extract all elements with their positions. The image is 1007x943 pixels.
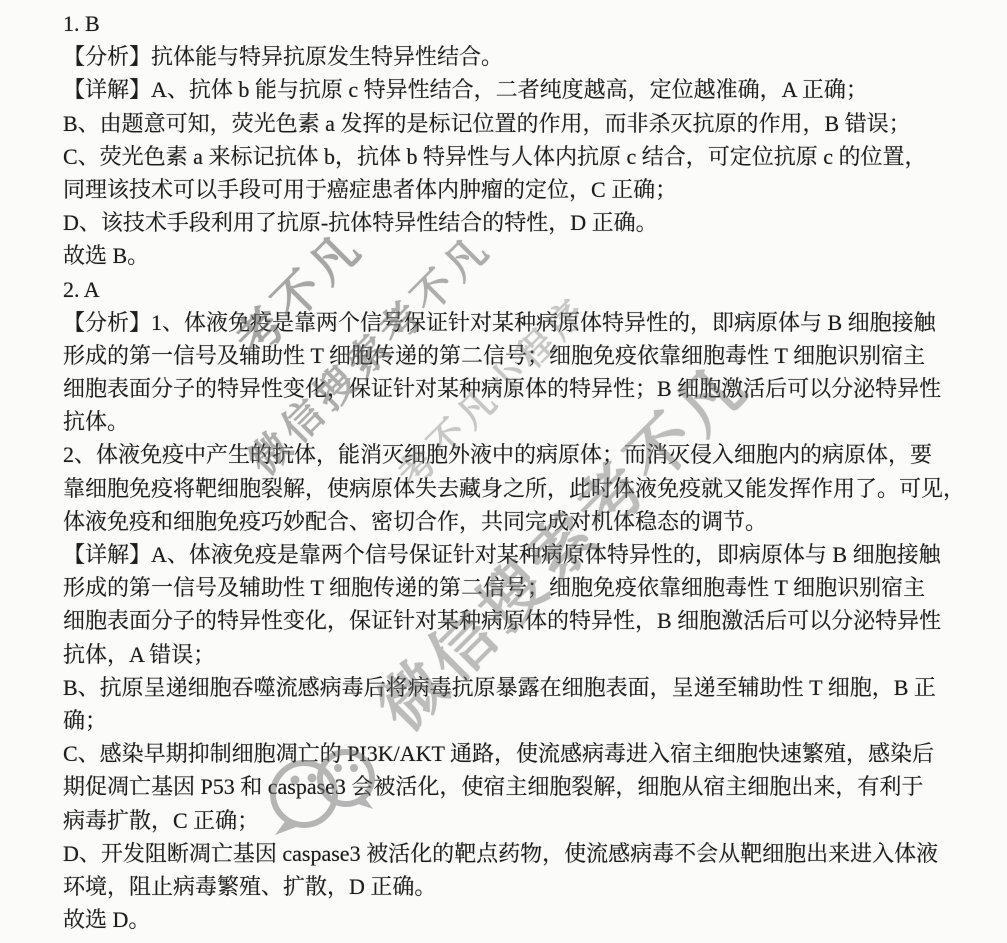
text-line-2: 【分析】抗体能与特异抗原发生特异性结合。 xyxy=(63,40,958,73)
text-line-3: 【详解】A、抗体 b 能与抗原 c 特异性结合，二者纯度越高，定位越准确，A 正… xyxy=(63,73,958,106)
text-line-16: 体液免疫和细胞免疫巧妙配合、密切合作，共同完成对机体稳态的调节。 xyxy=(63,505,958,538)
text-line-1: 1. B xyxy=(63,7,958,40)
text-line-17: 【详解】A、体液免疫是靠两个信号保证针对某种病原体特异性的，即病原体与 B 细胞… xyxy=(63,538,958,571)
text-line-21: B、抗原呈递细胞吞噬流感病毒后将病毒抗原暴露在细胞表面，呈递至辅助性 T 细胞，… xyxy=(63,671,958,704)
text-line-20: 抗体，A 错误； xyxy=(63,638,958,671)
text-line-22: 确； xyxy=(63,704,958,737)
scanned-answer-sheet-page: 1. B【分析】抗体能与特异抗原发生特异性结合。【详解】A、抗体 b 能与抗原 … xyxy=(0,0,1007,943)
text-line-15: 靠细胞免疫将靶细胞裂解，使病原体失去藏身之所，此时体液免疫就又能发挥作用了。可见… xyxy=(63,472,958,505)
text-line-19: 细胞表面分子的特异性变化，保证针对某种病原体的特异性，B 细胞激活后可以分泌特异… xyxy=(63,604,958,637)
text-line-8: 故选 B。 xyxy=(63,239,958,272)
text-line-5: C、荧光色素 a 来标记抗体 b，抗体 b 特异性与人体内抗原 c 结合，可定位… xyxy=(63,140,958,173)
text-line-26: D、开发阻断凋亡基因 caspase3 被活化的靶点药物，使流感病毒不会从靶细胞… xyxy=(63,837,958,870)
text-line-28: 故选 D。 xyxy=(63,903,958,936)
answer-explanation-text: 1. B【分析】抗体能与特异抗原发生特异性结合。【详解】A、抗体 b 能与抗原 … xyxy=(63,7,958,936)
text-line-7: D、该技术手段利用了抗原-抗体特异性结合的特性，D 正确。 xyxy=(63,206,958,239)
text-line-12: 细胞表面分子的特异性变化，保证针对某种病原体的特异性；B 细胞激活后可以分泌特异… xyxy=(63,372,958,405)
text-line-18: 形成的第一信号及辅助性 T 细胞传递的第二信号；细胞免疫依靠细胞毒性 T 细胞识… xyxy=(63,571,958,604)
text-line-13: 抗体。 xyxy=(63,405,958,438)
text-line-25: 病毒扩散，C 正确； xyxy=(63,804,958,837)
text-line-14: 2、体液免疫中产生的抗体，能消灭细胞外液中的病原体；而消灭侵入细胞内的病原体，要 xyxy=(63,438,958,471)
text-line-27: 环境，阻止病毒繁殖、扩散，D 正确。 xyxy=(63,870,958,903)
text-line-6: 同理该技术可以手段可用于癌症患者体内肿瘤的定位，C 正确； xyxy=(63,173,958,206)
text-line-23: C、感染早期抑制细胞凋亡的 PI3K/AKT 通路，使流感病毒进入宿主细胞快速繁… xyxy=(63,737,958,770)
text-line-9: 2. A xyxy=(63,273,958,306)
text-line-11: 形成的第一信号及辅助性 T 细胞传递的第二信号；细胞免疫依靠细胞毒性 T 细胞识… xyxy=(63,339,958,372)
text-line-24: 期促凋亡基因 P53 和 caspase3 会被活化，使宿主细胞裂解，细胞从宿主… xyxy=(63,770,958,803)
text-line-4: B、由题意可知，荧光色素 a 发挥的是标记位置的作用，而非杀灭抗原的作用，B 错… xyxy=(63,107,958,140)
text-line-10: 【分析】1、体液免疫是靠两个信号保证针对某种病原体特异性的，即病原体与 B 细胞… xyxy=(63,306,958,339)
